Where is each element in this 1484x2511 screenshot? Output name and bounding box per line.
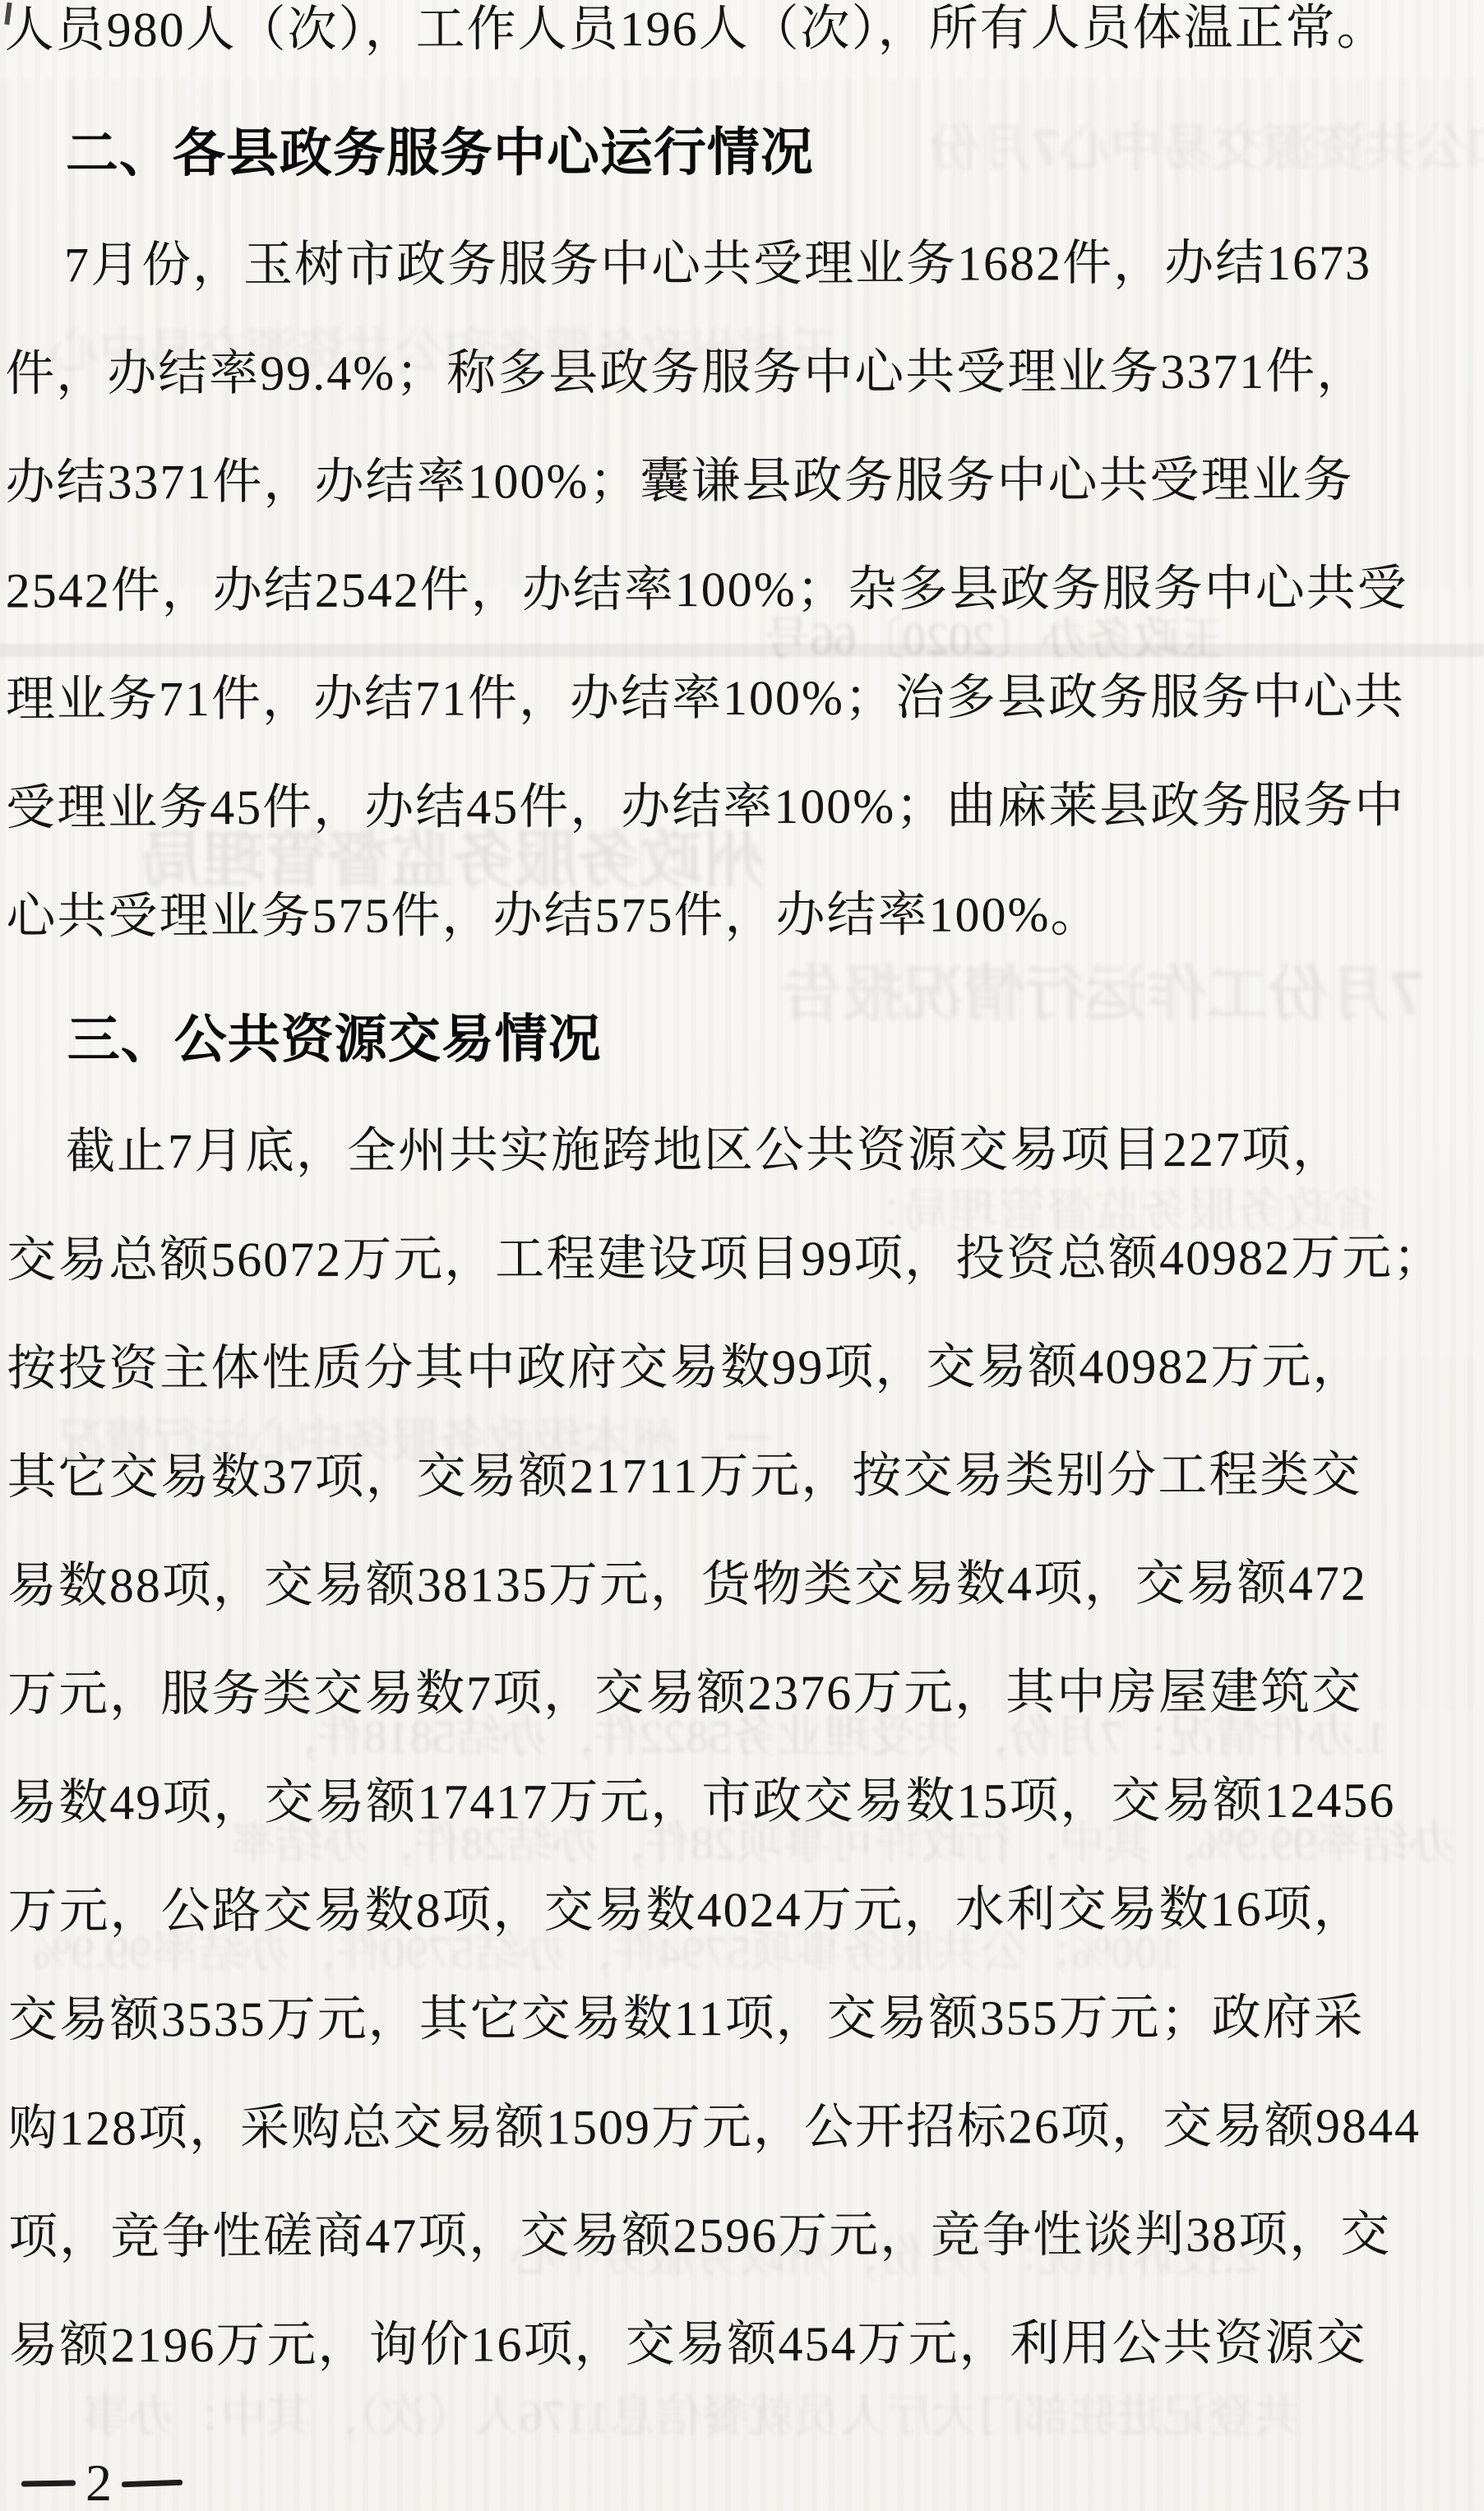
- body-line: 易数88项，交易额38135万元，货物类交易数4项，交易额472: [7, 1528, 1456, 1639]
- body-line: 交易总额56072万元，工程建设项目99项，投资总额40982万元；: [7, 1203, 1455, 1314]
- page-number-value: 2: [86, 2457, 112, 2509]
- body-line: 易额2196万元，询价16项，交易额454万元，利用公共资源交: [8, 2288, 1457, 2399]
- section-heading-2: 二、各县政务服务中心运行情况: [5, 96, 1454, 207]
- body-line: 项，竞争性磋商47项，交易额2596万元，竞争性谈判38项，交: [8, 2180, 1457, 2291]
- body-line: 办结3371件，办结率100%；囊谦县政务服务中心共受理业务: [5, 425, 1454, 536]
- body-line: 购128项，采购总交易额1509万元，公开招标26项，交易额9844: [8, 2071, 1457, 2182]
- body-line: 万元，服务类交易数7项，交易额2376万元，其中房屋建筑交: [7, 1637, 1456, 1748]
- body-line: 截止7月底，全州共实施跨地区公共资源交易项目227项，: [7, 1094, 1455, 1205]
- body-line: 按投资主体性质分其中政府交易数99项，交易额40982万元，: [7, 1311, 1455, 1422]
- body-line: 受理业务45件，办结45件，办结率100%；曲麻莱县政务服务中: [6, 751, 1454, 862]
- document-body: 人员980人（次），工作人员196人（次），所有人员体温正常。 二、各县政务服务…: [4, 0, 1457, 2400]
- body-line: 2542件，办结2542件，办结率100%；杂多县政务服务中心共受: [6, 534, 1454, 645]
- scanned-document-page: 玉树州政务服务和公共资源交易中心 州政务服务和公共资源交易中心7月份 玉政务办〔…: [0, 0, 1484, 2511]
- body-line: 其它交易数37项，交易额21711万元，按交易类别分工程类交: [7, 1420, 1456, 1531]
- page-number-dash-right: [122, 2479, 183, 2487]
- body-line: 件，办结率99.4%；称多县政务服务中心共受理业务3371件，: [5, 317, 1454, 428]
- body-line: 万元，公路交易数8项，交易数4024万元，水利交易数16项，: [7, 1854, 1456, 1965]
- body-line: 交易额3535万元，其它交易数11项，交易额355万元；政府采: [8, 1963, 1457, 2074]
- body-line: 人员980人（次），工作人员196人（次），所有人员体温正常。: [4, 0, 1453, 85]
- section-heading-3: 三、公共资源交易情况: [7, 983, 1455, 1094]
- body-line: 7月份，玉树市政务服务中心共受理业务1682件，办结1673: [5, 208, 1454, 319]
- body-line: 心共受理业务575件，办结575件，办结率100%。: [6, 859, 1454, 970]
- body-line: 易数49项，交易额17417万元，市政交易数15项，交易额12456: [7, 1746, 1456, 1857]
- page-number-dash-left: [21, 2480, 76, 2486]
- body-line: 理业务71件，办结71件，办结率100%；治多县政务服务中心共: [6, 642, 1454, 753]
- page-number: 2: [21, 2457, 183, 2509]
